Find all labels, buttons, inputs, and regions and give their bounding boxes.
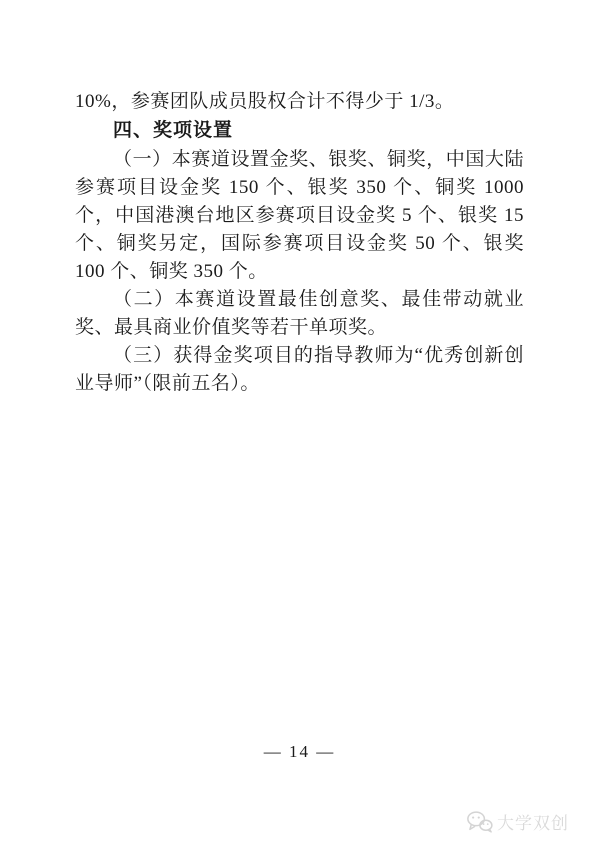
watermark: 大学双创 — [466, 809, 569, 834]
page-number: — 14 — — [0, 742, 599, 762]
document-page: 10%，参赛团队成员股权合计不得少于 1/3。 四、奖项设置 （一）本赛道设置金… — [0, 0, 599, 847]
section-heading: 四、奖项设置 — [75, 116, 524, 146]
paragraph-item-2: （二）本赛道设置最佳创意奖、最佳带动就业奖、最具商业价值奖等若干单项奖。 — [75, 286, 524, 342]
paragraph-continuation: 10%，参赛团队成员股权合计不得少于 1/3。 — [75, 88, 524, 116]
paragraph-item-3: （三）获得金奖项目的指导教师为“优秀创新创业导师”（限前五名）。 — [75, 342, 524, 398]
document-content: 10%，参赛团队成员股权合计不得少于 1/3。 四、奖项设置 （一）本赛道设置金… — [75, 88, 524, 398]
paragraph-item-1: （一）本赛道设置金奖、银奖、铜奖，中国大陆参赛项目设金奖 150 个、银奖 35… — [75, 146, 524, 286]
wechat-chat-bubbles-icon — [466, 810, 493, 833]
watermark-label: 大学双创 — [497, 809, 569, 834]
